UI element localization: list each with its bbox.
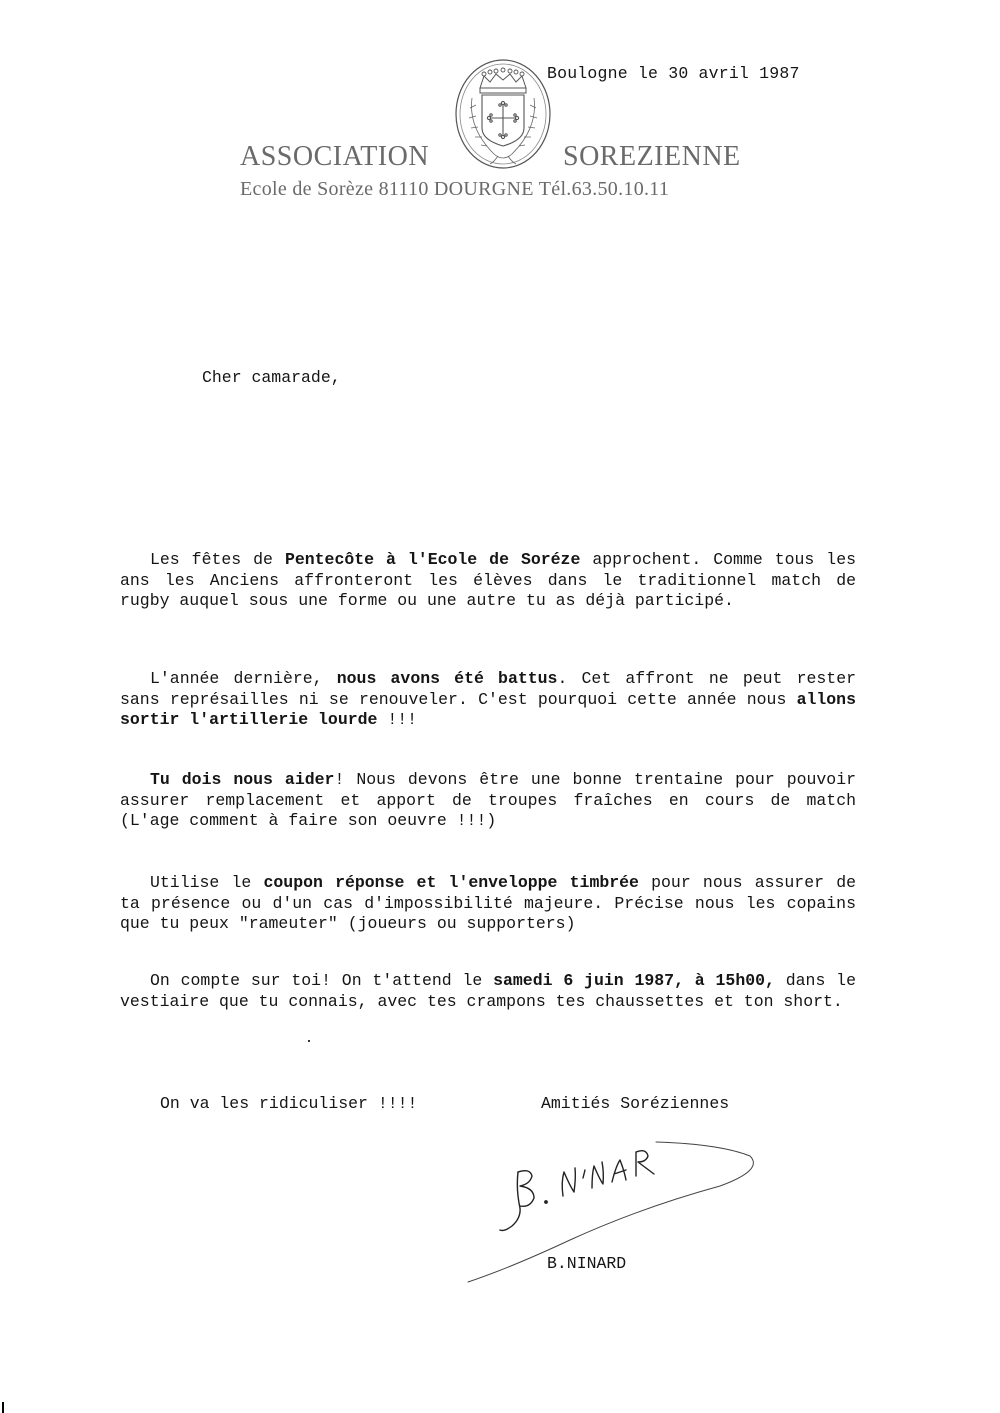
- body-text: L'année dernière,: [150, 669, 337, 688]
- paragraph: On compte sur toi! On t'attend le samedi…: [120, 971, 856, 1012]
- closing-remark: On va les ridiculiser !!!!: [160, 1094, 417, 1113]
- closing-salutation: Amitiés Soréziennes: [541, 1094, 729, 1113]
- signer-name: B.NINARD: [547, 1254, 626, 1273]
- organization-address: Ecole de Sorèze 81110 DOURGNE Tél.63.50.…: [240, 178, 669, 201]
- organization-name-left: ASSOCIATION: [240, 141, 429, 173]
- emphasized-text: nous avons été battus: [337, 669, 558, 688]
- body-text: !!!: [377, 710, 417, 729]
- organization-name-right: SOREZIENNE: [563, 141, 741, 173]
- paragraph: Les fêtes de Pentecôte à l'Ecole de Soré…: [120, 550, 856, 612]
- emphasized-text: Pentecôte à l'Ecole de Soréze: [285, 550, 580, 569]
- letter-date: Boulogne le 30 avril 1987: [547, 64, 800, 83]
- coat-of-arms-icon: [454, 58, 552, 170]
- emphasized-text: coupon réponse et l'enveloppe timbrée: [263, 873, 638, 892]
- body-text: On compte sur toi! On t'attend le: [150, 971, 493, 990]
- emphasized-text: Tu dois nous aider: [150, 770, 334, 789]
- salutation: Cher camarade,: [202, 368, 341, 387]
- body-text: Les fêtes de: [150, 550, 285, 569]
- body-text: Utilise le: [150, 873, 263, 892]
- paragraph: Tu dois nous aider! Nous devons être une…: [120, 770, 856, 832]
- paragraph: L'année dernière, nous avons été battus.…: [120, 669, 856, 731]
- emphasized-text: samedi 6 juin 1987, à 15h00,: [493, 971, 775, 990]
- stray-mark: [308, 1040, 310, 1042]
- scan-edge-mark: [2, 1402, 4, 1413]
- paragraph: Utilise le coupon réponse et l'enveloppe…: [120, 873, 856, 935]
